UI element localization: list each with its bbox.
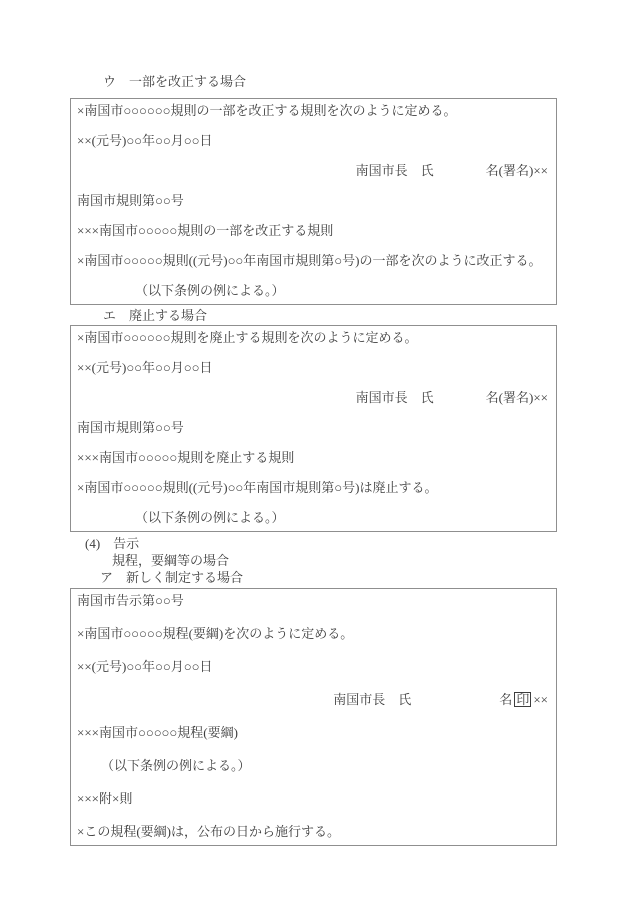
- paragraph-rule-title: ×××南国市○○○○○規則の一部を改正する規則: [77, 223, 548, 238]
- paragraph-decree-intro: ×南国市○○○○○規程(要綱)を次のように定める。: [77, 626, 548, 641]
- example-box-amend: ×南国市○○○○○○規則の一部を改正する規則を次のように定める。 ××(元号)○…: [70, 98, 557, 305]
- paragraph-notice-number: 南国市告示第○○号: [77, 593, 548, 608]
- signature-title: 南国市長 氏: [333, 692, 411, 707]
- heading-abolish-case: エ 廃止する場合: [103, 308, 630, 323]
- paragraph-rule-title: ×××南国市○○○○○規則を廃止する規則: [77, 450, 548, 465]
- paragraph-effective-date: ×この規程(要綱)は，公布の日から施行する。: [77, 824, 548, 839]
- paragraph-reference-note: （以下条例の例による。）: [77, 510, 548, 525]
- heading-amend-case: ウ 一部を改正する場合: [103, 74, 630, 89]
- example-box-abolish: ×南国市○○○○○○規則を廃止する規則を次のように定める。 ××(元号)○○年○…: [70, 325, 557, 532]
- heading-item4-notification: (4) 告示: [85, 536, 630, 551]
- seal-box: 印: [514, 692, 531, 707]
- paragraph-amend-clause: ×南国市○○○○○規則((元号)○○年南国市規則第○号)の一部を次のように改正す…: [77, 253, 548, 268]
- paragraph-decree-intro: ×南国市○○○○○○規則の一部を改正する規則を次のように定める。: [77, 103, 548, 118]
- paragraph-reference-note: （以下条例の例による。）: [77, 758, 548, 773]
- paragraph-supplementary-provisions: ×××附×則: [77, 791, 548, 806]
- paragraph-rule-title: ×××南国市○○○○○規程(要綱): [77, 725, 548, 740]
- example-box-notification: 南国市告示第○○号 ×南国市○○○○○規程(要綱)を次のように定める。 ××(元…: [70, 588, 557, 846]
- paragraph-decree-intro: ×南国市○○○○○○規則を廃止する規則を次のように定める。: [77, 330, 548, 345]
- paragraph-date: ××(元号)○○年○○月○○日: [77, 360, 548, 375]
- heading-item4-subtitle: 規程，要綱等の場合: [112, 553, 630, 568]
- signature-line: 南国市長 氏 名(署名)××: [77, 390, 548, 405]
- paragraph-date: ××(元号)○○年○○月○○日: [77, 659, 548, 674]
- paragraph-abolish-clause: ×南国市○○○○○規則((元号)○○年南国市規則第○号)は廃止する。: [77, 480, 548, 495]
- paragraph-rule-number: 南国市規則第○○号: [77, 193, 548, 208]
- paragraph-rule-number: 南国市規則第○○号: [77, 420, 548, 435]
- signature-name-label: 名: [499, 692, 512, 707]
- signature-line: 南国市長 氏 名(署名)××: [77, 163, 548, 178]
- paragraph-date: ××(元号)○○年○○月○○日: [77, 133, 548, 148]
- signature-line: 南国市長 氏名印××: [77, 692, 548, 707]
- heading-new-enactment-case: ア 新しく制定する場合: [100, 570, 630, 585]
- document-page: ウ 一部を改正する場合 ×南国市○○○○○○規則の一部を改正する規則を次のように…: [0, 0, 630, 915]
- signature-marks: ××: [533, 692, 548, 707]
- paragraph-reference-note: （以下条例の例による。）: [77, 283, 548, 298]
